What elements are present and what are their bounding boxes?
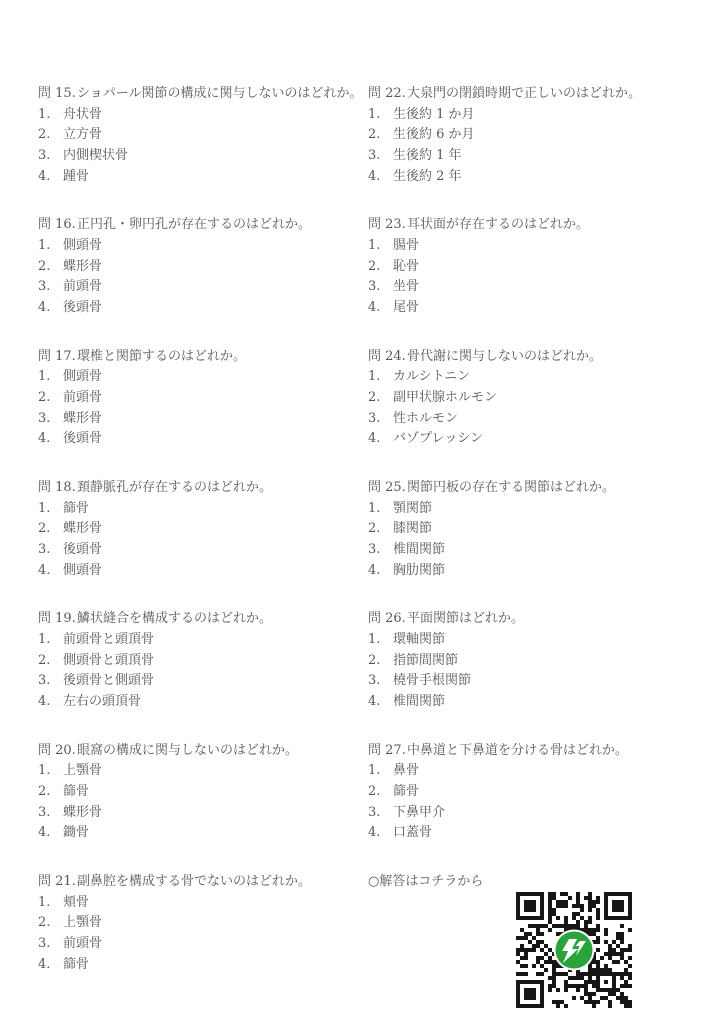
option-text: 生後約 6 か月 xyxy=(393,127,475,142)
option-number: 3. xyxy=(38,540,63,561)
option-item: 1.頬骨 xyxy=(38,893,363,914)
option-number: 1. xyxy=(368,499,393,520)
option-item: 3.後頭骨 xyxy=(38,540,363,561)
question-block: 問 26.平面関節はどれか。1.環軸関節2.指節間関節3.橈骨手根関節4.椎間関… xyxy=(368,609,693,712)
option-number: 1. xyxy=(368,761,393,782)
question-number: 問 22. xyxy=(368,84,407,105)
question-number: 問 15. xyxy=(38,84,77,105)
option-text: 膝関節 xyxy=(393,521,432,536)
option-number: 1. xyxy=(38,630,63,651)
option-item: 3.蝶形骨 xyxy=(38,803,363,824)
option-item: 1.顎関節 xyxy=(368,499,693,520)
question-text: 正円孔・卵円孔が存在するのはどれか。 xyxy=(77,217,311,232)
option-item: 1.篩骨 xyxy=(38,499,363,520)
option-number: 1. xyxy=(38,105,63,126)
option-number: 2. xyxy=(368,257,393,278)
option-item: 3.前頭骨 xyxy=(38,934,363,955)
question-title: 問 23.耳状面が存在するのはどれか。 xyxy=(368,215,693,236)
qr-code xyxy=(516,892,632,1008)
option-item: 2.膝関節 xyxy=(368,519,693,540)
question-text: 頚静脈孔が存在するのはどれか。 xyxy=(77,480,272,495)
option-text: 生後約 1 か月 xyxy=(393,107,475,122)
question-column-right: 問 22.大泉門の閉鎖時期で正しいのはどれか。1.生後約 1 か月2.生後約 6… xyxy=(368,84,693,872)
option-text: 生後約 1 年 xyxy=(393,148,462,163)
option-number: 1. xyxy=(368,630,393,651)
question-block: 問 18.頚静脈孔が存在するのはどれか。1.篩骨2.蝶形骨3.後頭骨4.側頭骨 xyxy=(38,478,363,581)
option-item: 4.生後約 2 年 xyxy=(368,167,693,188)
qr-logo xyxy=(554,930,595,971)
option-item: 1.カルシトニン xyxy=(368,367,693,388)
option-item: 3.後頭骨と側頭骨 xyxy=(38,671,363,692)
option-item: 4.左右の頭頂骨 xyxy=(38,692,363,713)
option-item: 2.恥骨 xyxy=(368,257,693,278)
option-item: 3.生後約 1 年 xyxy=(368,146,693,167)
option-number: 3. xyxy=(368,803,393,824)
option-number: 4. xyxy=(38,561,63,582)
option-number: 4. xyxy=(368,823,393,844)
option-item: 4.口蓋骨 xyxy=(368,823,693,844)
option-text: 側頭骨 xyxy=(63,563,102,578)
question-number: 問 26. xyxy=(368,609,407,630)
option-item: 1.上顎骨 xyxy=(38,761,363,782)
question-text: 耳状面が存在するのはどれか。 xyxy=(407,217,589,232)
option-number: 2. xyxy=(368,388,393,409)
option-item: 4.側頭骨 xyxy=(38,561,363,582)
option-number: 1. xyxy=(368,367,393,388)
option-item: 4.後頭骨 xyxy=(38,429,363,450)
option-text: 篩骨 xyxy=(393,784,419,799)
option-item: 4.胸肋関節 xyxy=(368,561,693,582)
option-number: 4. xyxy=(368,429,393,450)
question-number: 問 18. xyxy=(38,478,77,499)
question-title: 問 22.大泉門の閉鎖時期で正しいのはどれか。 xyxy=(368,84,693,105)
option-item: 2.側頭骨と頭頂骨 xyxy=(38,651,363,672)
option-item: 2.上顎骨 xyxy=(38,913,363,934)
option-item: 2.立方骨 xyxy=(38,125,363,146)
option-text: 後頭骨と側頭骨 xyxy=(63,673,154,688)
option-text: 胸肋関節 xyxy=(393,563,445,578)
question-title: 問 27.中鼻道と下鼻道を分ける骨はどれか。 xyxy=(368,741,693,762)
option-item: 4.バゾプレッシン xyxy=(368,429,693,450)
option-number: 3. xyxy=(368,277,393,298)
option-text: 後頭骨 xyxy=(63,431,102,446)
option-number: 4. xyxy=(38,167,63,188)
question-title: 問 19.鱗状縫合を構成するのはどれか。 xyxy=(38,609,363,630)
question-number: 問 19. xyxy=(38,609,77,630)
option-number: 2. xyxy=(38,257,63,278)
option-item: 2.蝶形骨 xyxy=(38,519,363,540)
question-title: 問 24.骨代謝に関与しないのはどれか。 xyxy=(368,347,693,368)
option-text: 前頭骨 xyxy=(63,936,102,951)
question-block: 問 15.ショパール関節の構成に関与しないのはどれか。1.舟状骨2.立方骨3.内… xyxy=(38,84,363,187)
option-number: 2. xyxy=(368,782,393,803)
option-text: 尾骨 xyxy=(393,300,419,315)
option-number: 2. xyxy=(38,913,63,934)
option-text: 生後約 2 年 xyxy=(393,169,462,184)
option-item: 1.側頭骨 xyxy=(38,367,363,388)
option-item: 1.生後約 1 か月 xyxy=(368,105,693,126)
question-number: 問 21. xyxy=(38,872,77,893)
option-number: 2. xyxy=(38,651,63,672)
question-number: 問 16. xyxy=(38,215,77,236)
option-item: 4.尾骨 xyxy=(368,298,693,319)
option-item: 3.坐骨 xyxy=(368,277,693,298)
question-block: 問 17.環椎と関節するのはどれか。1.側頭骨2.前頭骨3.蝶形骨4.後頭骨 xyxy=(38,347,363,450)
answer-link-note: ○解答はコチラから xyxy=(368,872,483,893)
option-item: 2.指節間関節 xyxy=(368,651,693,672)
option-text: 舟状骨 xyxy=(63,107,102,122)
option-text: バゾプレッシン xyxy=(393,431,483,446)
option-number: 3. xyxy=(368,409,393,430)
option-text: 側頭骨 xyxy=(63,369,102,384)
option-item: 1.鼻骨 xyxy=(368,761,693,782)
option-item: 4.椎間関節 xyxy=(368,692,693,713)
option-number: 4. xyxy=(368,561,393,582)
option-text: 前頭骨と頭頂骨 xyxy=(63,632,154,647)
question-text: 眼窩の構成に関与しないのはどれか。 xyxy=(77,743,298,758)
option-text: 顎関節 xyxy=(393,501,432,516)
question-number: 問 25. xyxy=(368,478,407,499)
question-number: 問 24. xyxy=(368,347,407,368)
option-text: 側頭骨と頭頂骨 xyxy=(63,653,154,668)
option-text: 副甲状腺ホルモン xyxy=(393,390,497,405)
option-item: 4.篩骨 xyxy=(38,955,363,976)
option-text: 指節間関節 xyxy=(393,653,458,668)
option-item: 1.腸骨 xyxy=(368,236,693,257)
question-block: 問 24.骨代謝に関与しないのはどれか。1.カルシトニン2.副甲状腺ホルモン3.… xyxy=(368,347,693,450)
question-number: 問 20. xyxy=(38,741,77,762)
option-item: 4.後頭骨 xyxy=(38,298,363,319)
option-item: 2.前頭骨 xyxy=(38,388,363,409)
option-text: 前頭骨 xyxy=(63,390,102,405)
question-text: 中鼻道と下鼻道を分ける骨はどれか。 xyxy=(407,743,628,758)
option-item: 3.内側楔状骨 xyxy=(38,146,363,167)
option-text: 下鼻甲介 xyxy=(393,805,445,820)
question-block: 問 21.副鼻腔を構成する骨でないのはどれか。1.頬骨2.上顎骨3.前頭骨4.篩… xyxy=(38,872,363,975)
option-text: 左右の頭頂骨 xyxy=(63,694,141,709)
question-text: 骨代謝に関与しないのはどれか。 xyxy=(407,349,602,364)
option-item: 1.側頭骨 xyxy=(38,236,363,257)
option-number: 3. xyxy=(38,409,63,430)
option-item: 2.蝶形骨 xyxy=(38,257,363,278)
option-item: 2.篩骨 xyxy=(38,782,363,803)
option-text: 橈骨手根関節 xyxy=(393,673,471,688)
question-text: 環椎と関節するのはどれか。 xyxy=(77,349,246,364)
option-number: 4. xyxy=(368,167,393,188)
option-text: 性ホルモン xyxy=(393,411,458,426)
option-item: 1.環軸関節 xyxy=(368,630,693,651)
option-number: 3. xyxy=(38,934,63,955)
option-number: 2. xyxy=(368,519,393,540)
option-item: 2.篩骨 xyxy=(368,782,693,803)
option-number: 4. xyxy=(368,692,393,713)
option-item: 4.踵骨 xyxy=(38,167,363,188)
option-text: 上顎骨 xyxy=(63,763,102,778)
option-number: 2. xyxy=(38,782,63,803)
question-text: 大泉門の閉鎖時期で正しいのはどれか。 xyxy=(407,86,641,101)
question-text: 副鼻腔を構成する骨でないのはどれか。 xyxy=(77,874,311,889)
option-item: 3.橈骨手根関節 xyxy=(368,671,693,692)
question-title: 問 16.正円孔・卵円孔が存在するのはどれか。 xyxy=(38,215,363,236)
option-number: 2. xyxy=(368,651,393,672)
option-text: 腸骨 xyxy=(393,238,419,253)
option-text: 椎間関節 xyxy=(393,542,445,557)
question-block: 問 23.耳状面が存在するのはどれか。1.腸骨2.恥骨3.坐骨4.尾骨 xyxy=(368,215,693,318)
option-item: 3.前頭骨 xyxy=(38,277,363,298)
option-text: 蝶形骨 xyxy=(63,521,102,536)
option-text: 踵骨 xyxy=(63,169,89,184)
option-number: 4. xyxy=(368,298,393,319)
option-text: 椎間関節 xyxy=(393,694,445,709)
option-number: 1. xyxy=(38,367,63,388)
option-item: 2.生後約 6 か月 xyxy=(368,125,693,146)
question-block: 問 25.関節円板の存在する関節はどれか。1.顎関節2.膝関節3.椎間関節4.胸… xyxy=(368,478,693,581)
question-text: 関節円板の存在する関節はどれか。 xyxy=(407,480,615,495)
option-number: 2. xyxy=(38,388,63,409)
document-page: 問 15.ショパール関節の構成に関与しないのはどれか。1.舟状骨2.立方骨3.内… xyxy=(0,0,708,1024)
question-title: 問 20.眼窩の構成に関与しないのはどれか。 xyxy=(38,741,363,762)
option-number: 1. xyxy=(38,499,63,520)
option-text: カルシトニン xyxy=(393,369,470,384)
option-number: 4. xyxy=(38,692,63,713)
option-number: 3. xyxy=(38,671,63,692)
question-text: 鱗状縫合を構成するのはどれか。 xyxy=(77,611,272,626)
option-item: 4.鋤骨 xyxy=(38,823,363,844)
question-title: 問 21.副鼻腔を構成する骨でないのはどれか。 xyxy=(38,872,363,893)
option-text: 後頭骨 xyxy=(63,542,102,557)
option-text: 篩骨 xyxy=(63,501,89,516)
option-text: 内側楔状骨 xyxy=(63,148,128,163)
option-number: 1. xyxy=(38,236,63,257)
option-number: 2. xyxy=(38,125,63,146)
option-item: 2.副甲状腺ホルモン xyxy=(368,388,693,409)
option-number: 2. xyxy=(368,125,393,146)
option-item: 1.舟状骨 xyxy=(38,105,363,126)
option-number: 1. xyxy=(368,236,393,257)
option-text: 蝶形骨 xyxy=(63,805,102,820)
option-text: 恥骨 xyxy=(393,259,419,274)
question-title: 問 15.ショパール関節の構成に関与しないのはどれか。 xyxy=(38,84,363,105)
question-title: 問 17.環椎と関節するのはどれか。 xyxy=(38,347,363,368)
option-number: 4. xyxy=(38,823,63,844)
question-block: 問 20.眼窩の構成に関与しないのはどれか。1.上顎骨2.篩骨3.蝶形骨4.鋤骨 xyxy=(38,741,363,844)
option-text: 後頭骨 xyxy=(63,300,102,315)
option-number: 3. xyxy=(38,803,63,824)
option-text: 篩骨 xyxy=(63,957,89,972)
option-item: 1.前頭骨と頭頂骨 xyxy=(38,630,363,651)
option-text: 前頭骨 xyxy=(63,279,102,294)
question-title: 問 25.関節円板の存在する関節はどれか。 xyxy=(368,478,693,499)
option-number: 4. xyxy=(38,298,63,319)
question-title: 問 18.頚静脈孔が存在するのはどれか。 xyxy=(38,478,363,499)
option-text: 側頭骨 xyxy=(63,238,102,253)
option-number: 3. xyxy=(38,146,63,167)
question-number: 問 17. xyxy=(38,347,77,368)
option-text: 篩骨 xyxy=(63,784,89,799)
option-item: 3.椎間関節 xyxy=(368,540,693,561)
question-text: ショパール関節の構成に関与しないのはどれか。 xyxy=(77,86,362,101)
question-column-left: 問 15.ショパール関節の構成に関与しないのはどれか。1.舟状骨2.立方骨3.内… xyxy=(38,84,363,1003)
option-number: 1. xyxy=(38,893,63,914)
question-number: 問 23. xyxy=(368,215,407,236)
option-number: 4. xyxy=(38,429,63,450)
option-text: 坐骨 xyxy=(393,279,419,294)
option-item: 3.下鼻甲介 xyxy=(368,803,693,824)
option-number: 2. xyxy=(38,519,63,540)
option-item: 3.蝶形骨 xyxy=(38,409,363,430)
option-text: 立方骨 xyxy=(63,127,102,142)
option-number: 3. xyxy=(38,277,63,298)
option-text: 蝶形骨 xyxy=(63,259,102,274)
question-block: 問 16.正円孔・卵円孔が存在するのはどれか。1.側頭骨2.蝶形骨3.前頭骨4.… xyxy=(38,215,363,318)
option-number: 1. xyxy=(368,105,393,126)
option-number: 3. xyxy=(368,540,393,561)
question-block: 問 22.大泉門の閉鎖時期で正しいのはどれか。1.生後約 1 か月2.生後約 6… xyxy=(368,84,693,187)
question-title: 問 26.平面関節はどれか。 xyxy=(368,609,693,630)
option-number: 3. xyxy=(368,671,393,692)
question-text: 平面関節はどれか。 xyxy=(407,611,524,626)
question-block: 問 27.中鼻道と下鼻道を分ける骨はどれか。1.鼻骨2.篩骨3.下鼻甲介4.口蓋… xyxy=(368,741,693,844)
option-text: 鼻骨 xyxy=(393,763,419,778)
option-text: 環軸関節 xyxy=(393,632,445,647)
question-number: 問 27. xyxy=(368,741,407,762)
option-text: 上顎骨 xyxy=(63,915,102,930)
option-item: 3.性ホルモン xyxy=(368,409,693,430)
option-text: 鋤骨 xyxy=(63,825,89,840)
option-text: 蝶形骨 xyxy=(63,411,102,426)
option-text: 頬骨 xyxy=(63,895,89,910)
question-block: 問 19.鱗状縫合を構成するのはどれか。1.前頭骨と頭頂骨2.側頭骨と頭頂骨3.… xyxy=(38,609,363,712)
option-number: 3. xyxy=(368,146,393,167)
option-number: 1. xyxy=(38,761,63,782)
option-number: 4. xyxy=(38,955,63,976)
option-text: 口蓋骨 xyxy=(393,825,432,840)
